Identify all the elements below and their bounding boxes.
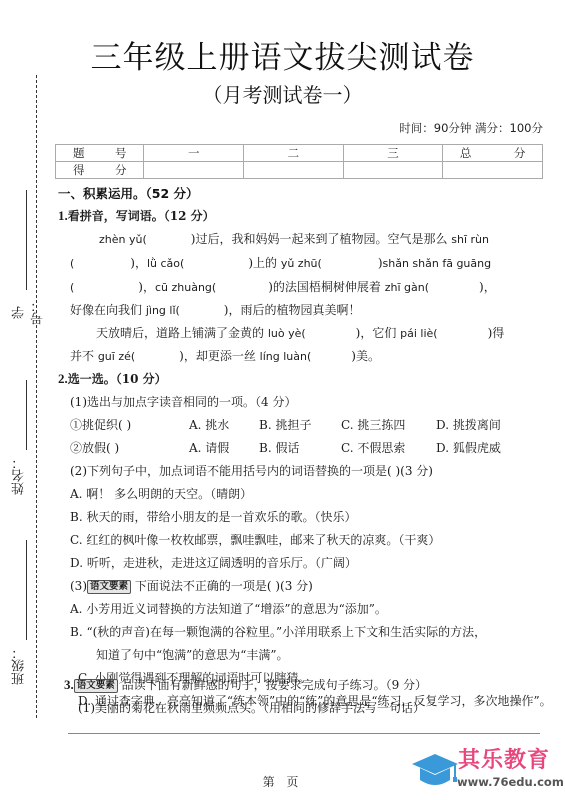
q1-line-2: ()，lǜ cǎo()上的 yǔ zhū()shǎn shǎn fā guāng bbox=[70, 254, 491, 271]
q2-sub2-option-a[interactable]: A. 啊！ 多么明朗的天空。（晴朗） bbox=[70, 485, 252, 502]
total-header: 总分 bbox=[443, 145, 543, 162]
brand-name: 其乐教育 bbox=[458, 748, 550, 774]
score-table-header-row: 题号 一 二 三 总分 bbox=[56, 145, 543, 162]
key-element-tag: 语文要素 bbox=[74, 679, 118, 693]
option-a[interactable]: A. 请假 bbox=[189, 439, 229, 456]
score-table-score-row: 得分 bbox=[56, 162, 543, 179]
class-field[interactable]: 班级： bbox=[10, 540, 30, 690]
q2-sub3-prompt: (3)语文要素 下面说法不正确的一项是( )(3 分) bbox=[70, 577, 313, 594]
section-3-header: 三 bbox=[343, 145, 443, 162]
q1-line-1: zhèn yǔ()过后，我和妈妈一起来到了植物园。空气是那么 shī rùn bbox=[99, 230, 489, 247]
option-a[interactable]: A. 挑水 bbox=[189, 416, 229, 433]
section-3-score[interactable] bbox=[343, 162, 443, 179]
option-b[interactable]: B. 挑担子 bbox=[259, 416, 311, 433]
section-1-score[interactable] bbox=[144, 162, 244, 179]
q3-sub1-prompt: (1)美丽的菊花在秋雨里频频点头。（用相同的修辞手法写一句话） bbox=[78, 699, 425, 716]
brand-url: www.76edu.com bbox=[457, 775, 564, 789]
score-table: 题号 一 二 三 总分 得分 bbox=[55, 144, 543, 179]
exam-subtitle: （月考测试卷一） bbox=[0, 82, 565, 108]
question-3-title: 3.语文要素 品读下面有新鲜感的句子，按要求完成句子练习。（9 分） bbox=[64, 676, 427, 693]
section-2-score[interactable] bbox=[244, 162, 344, 179]
total-score[interactable] bbox=[443, 162, 543, 179]
section-2-header: 二 bbox=[244, 145, 344, 162]
student-name-field[interactable]: 姓名： bbox=[10, 380, 30, 510]
q2-sub2-option-b[interactable]: B. 秋天的雨，带给小朋友的是一首欢乐的歌。（快乐） bbox=[70, 508, 356, 525]
key-element-tag: 语文要素 bbox=[87, 580, 131, 594]
watermark-logo: 其乐教育 www.76edu.com bbox=[410, 748, 560, 794]
q3-answer-line[interactable] bbox=[68, 733, 540, 734]
label-cell: 得分 bbox=[56, 162, 144, 179]
class-underline bbox=[26, 540, 27, 640]
q1-line-6: 并不 guī zé()，却更添一丝 líng luàn()美。 bbox=[70, 347, 380, 364]
option-c[interactable]: C. 不假思索 bbox=[341, 439, 405, 456]
q2-sub3-option-a[interactable]: A. 小芳用近义词替换的方法知道了“增添”的意思为“添加”。 bbox=[70, 600, 387, 617]
q1-line-5: 天放晴后，道路上铺满了金黄的 luò yè()，它们 pái liè()得 bbox=[96, 324, 504, 341]
q2-stem: ①挑促织( ) bbox=[70, 416, 131, 433]
student-name-label: 姓名： bbox=[10, 456, 30, 495]
student-id-field[interactable]: 学号： bbox=[10, 190, 30, 330]
q1-line-4: 好像在向我们 jìng lǐ()，雨后的植物园真美啊！ bbox=[70, 301, 360, 318]
question-2-title: 2.选一选。（10 分） bbox=[58, 370, 167, 387]
q2-sub2-option-c[interactable]: C. 红红的枫叶像一枚枚邮票，飘哇飘哇，邮来了秋天的凉爽。（干爽） bbox=[70, 531, 440, 548]
exam-time-score-info: 时间：90分钟 满分：100分 bbox=[399, 120, 543, 136]
q2-sub2-prompt: (2)下列句子中，加点词语不能用括号内的词语替换的一项是( )(3 分) bbox=[70, 462, 433, 479]
q2-sub1-prompt: (1)选出与加点字读音相同的一项。（4 分） bbox=[70, 393, 296, 410]
q2-sub2-option-d[interactable]: D. 听听，走进秋，走进这辽阔透明的音乐厅。（广阔） bbox=[70, 554, 357, 571]
q1-line-3: ()，cū zhuàng()的法国梧桐树伸展着 zhī gàn()， bbox=[70, 278, 496, 295]
student-id-underline bbox=[26, 190, 27, 290]
option-c[interactable]: C. 挑三拣四 bbox=[341, 416, 405, 433]
student-name-underline bbox=[26, 380, 27, 450]
q2-sub3-option-b[interactable]: B. “(秋的声音)在每一颗饱满的谷粒里。”小洋用联系上下文和生活实际的方法， bbox=[70, 623, 486, 640]
graduation-cap-icon bbox=[410, 752, 460, 792]
section-1-heading: 一、积累运用。（52 分） bbox=[58, 184, 199, 202]
q2-stem: ②放假( ) bbox=[70, 439, 119, 456]
q2-sub1-row-2: ②放假( ) A. 请假 B. 假话 C. 不假思索 D. 狐假虎威 bbox=[70, 439, 550, 461]
q2-sub1-row-1: ①挑促织( ) A. 挑水 B. 挑担子 C. 挑三拣四 D. 挑拨离间 bbox=[70, 416, 550, 438]
exam-title: 三年级上册语文拔尖测试卷 bbox=[0, 38, 565, 78]
question-1-title: 1.看拼音，写词语。（12 分） bbox=[58, 207, 215, 224]
option-d[interactable]: D. 挑拨离间 bbox=[436, 416, 501, 433]
binding-dashed-line bbox=[36, 75, 37, 718]
option-d[interactable]: D. 狐假虎威 bbox=[436, 439, 501, 456]
class-label: 班级： bbox=[10, 646, 30, 685]
student-id-label: 学号： bbox=[10, 295, 30, 330]
label-cell: 题号 bbox=[56, 145, 144, 162]
q2-sub3-option-b-cont: 知道了句中“饱满”的意思为“丰满”。 bbox=[96, 646, 289, 663]
option-b[interactable]: B. 假话 bbox=[259, 439, 299, 456]
section-1-header: 一 bbox=[144, 145, 244, 162]
